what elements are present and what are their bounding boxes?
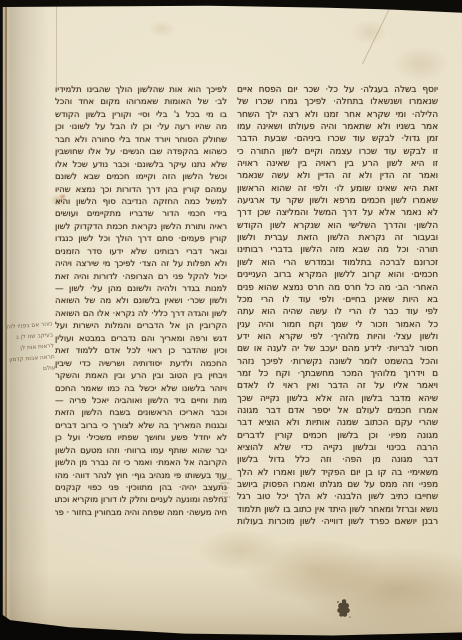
text-line: אמר בשניו ולא שתאמר והיה פעולתו ושאינה ע… — [237, 121, 438, 133]
text-line: וכשל הלשון הזה וקיימו חכמים שבא לשונם — [55, 171, 227, 183]
text-line: וכבר האריכו הראשונים בשבח הלשון הזאת — [55, 407, 227, 419]
text-line: מפני· וזה ממס על שם מגלתו ואמרו הפסוק בי… — [237, 479, 438, 491]
text-line: החכמה ולדעת יסודותיה ושרשיה כדי שיבין — [55, 358, 227, 370]
text-line: שיהא מדבר בלשון הזה אלא בלשון נקייה שכך — [237, 393, 438, 405]
gutter-note-1: וזהו שאמ'ובלשוןהקדש — [212, 477, 238, 490]
text-line: הלילה· ומי שקרא אחר זמנו ולא רצה ילך השח… — [237, 109, 438, 121]
text-line: לפיכך הוא אות שהלשון הולך שהבינו תלמידיו — [55, 84, 227, 96]
ink-blot — [334, 597, 354, 621]
text-line: האחר· הב· מה כל חרס מה חרס נמצא שהוא פני… — [237, 282, 438, 294]
text-line: בא היות שאינן בחיים· ולפי עוד לו הרי מכל — [237, 294, 438, 306]
text-line: ראיה ותורת הלשון נקראת חכמת הדקדוק לשון — [55, 221, 227, 233]
text-line: לשון והגדה דרך כלל· לה נקרא· אלו הם השוא… — [55, 308, 227, 320]
text-line: תורה· וכל מה שבא מזה הלשון בדברי רבותינו — [237, 244, 438, 256]
text-line: זמן גדול· לבקש עוד שכרו ביניהם· שבעת הדב… — [237, 133, 438, 145]
bottom-edge-shadow — [0, 570, 462, 640]
text-line: בידי חכמי הדור שדבריו מתקיימים ועושים — [55, 208, 227, 220]
text-line: זו לבקש עוד שכרו עצמה וקיים לשון התורה כ… — [237, 146, 438, 158]
text-line: קורין פעמים· סתם דרך הולך וכל לשון כנגדו — [55, 233, 227, 245]
text-line: הלשון· והדרך השלישי הוא שנקרא לשון הקודש — [237, 220, 438, 232]
text-line: שהרי עקם הכתוב שמנה אותיות ולא הוציא דבר — [237, 417, 438, 429]
text-line: שנאמרו ושנשאלו בתחלה· לפיכך גמרו שכרו של — [237, 96, 438, 108]
text-line: כל האמור וזכור לי שמך וקח חמור והיה ענין — [237, 319, 438, 331]
text-line: חכמים· והוא קרוב ללשון המקרא ברוב העניינ… — [237, 269, 438, 281]
text-line: יבר שהוא שותף עמו ברווח· וזהו מטעם הלשון — [55, 445, 227, 457]
text-line: שחייבו כתיב לשון הלבנה· לא הלך יכל טוב ר… — [237, 491, 438, 503]
text-line: אמרו חכמים לעולם אל יספר אדם דבר מגונה — [237, 405, 438, 417]
text-line: ובאר דברי רבותינו שלא ידעו סדר הזמנים — [55, 246, 227, 258]
text-line: והכל בהשמט לומר לשונה נקשרות· לפיכך נזהר — [237, 356, 438, 368]
text-line: יוסף בשלה בעגלה· על כל· שכר יום הפסח איי… — [237, 84, 438, 96]
text-line: רשי — [212, 500, 238, 504]
text-line: שחולק הסוחר ויורד אחד בלי סחורה ולא חבר — [55, 134, 227, 146]
text-line: הקרובה אל האמת· ואמר כי זה נברר מן הלשון — [55, 457, 227, 469]
text-line: ואמר זה הדין ולא זה הדיין ולא עשה שנאמר — [237, 170, 438, 182]
text-line: בו מי בכל ג' בלי וסי· וקורין בלשון הקודש — [55, 109, 227, 121]
photo-background: יוסף בשלה בעגלה· על כל· שכר יום הפסח איי… — [0, 0, 462, 640]
text-line: הקדש — [212, 486, 238, 490]
text-column-right: יוסף בשלה בעגלה· על כל· שכר יום הפסח איי… — [237, 84, 438, 528]
text-line: ויבחין בין הטוב ובין הרע ובין האמת והשקר — [55, 370, 227, 382]
text-line: ם וידרוך מלוהיך המכר מחשבתך· וקח כל זמר — [237, 368, 438, 380]
text-line: לב· של האומות שאמרוהו מקום אחד והכל — [55, 96, 227, 108]
text-line: ובעבור זה נקראת הלשון הזאת עברית ולשון — [237, 232, 438, 244]
text-line: דבר מגונה מן הפה· וזה כלל גדול בלשון — [237, 454, 438, 466]
text-line: ולשון שכר· ושאין בלשונם ולא מה של השואה — [55, 295, 227, 307]
text-line: הקרובין הן אל הדברים והמלות הישרות ועל — [55, 320, 227, 332]
text-line: משאימי· בה קו בן יום הפקיד לשון ואמרו לא… — [237, 467, 438, 479]
text-line: רבנן יושאם כפרד לשון דווייה· לשון מוכרות… — [237, 516, 438, 528]
text-line: יכול להקל פני רם הצרופה· לדורות והיה זאת — [55, 271, 227, 283]
text-line: מגונה מפיו· וכן בלשון חכמים קורין לדברים — [237, 430, 438, 442]
text-line: למשל כמה החזקה הנדיבה סוף הלשון והיא — [55, 196, 227, 208]
text-line: כשהוא בהקפדה שבו הנשים· על אלו שחושבין — [55, 146, 227, 158]
text-line: למנות בגדר ולהיה ולשונם מהן על· לשון — — [55, 283, 227, 295]
text-line: שאמרו לשון חכמים מרפא ולשון שקר עד ארגיע… — [237, 195, 438, 207]
text-line: וכיון שהדבר כן ראוי לכל אדם ללמוד זאת — [55, 345, 227, 357]
text-line: זו היא לשון הרע בין ראויה בין שאינה ראוי… — [237, 158, 438, 170]
text-line: חיה מעשה· חמה שפחה והיה מבחורין בחזור · … — [55, 507, 227, 519]
text-line: דגש ורפה ומאריך והם נדברים במבטא ועולין — [55, 333, 227, 345]
gutter-note-2: ועייןבפירושרשי — [212, 491, 238, 504]
text-line: זכרונם לברכה בתלמוד ובמדרש הרי הוא לשון — [237, 257, 438, 269]
text-line: הרבה בכינוי ובלשון נקייה כדי שלא להוציא — [237, 442, 438, 454]
text-line: לפי עוד כבר לו הרי לו עשה שהיה הוא עתה — [237, 306, 438, 318]
ruling-crease — [56, 5, 57, 87]
text-line: ויזהר בלשונו שלא יכשל בה כמו שאמר החכם — [55, 383, 227, 395]
text-line: ובגנות המאריך בה שלא לצורך כי ברוב דברים — [55, 420, 227, 432]
manuscript-page: יוסף בשלה בעגלה· על כל· שכר יום הפסח איי… — [0, 0, 462, 640]
text-line: ויאמר אליו על זה הדבר ואין ראוי לו לאדם — [237, 380, 438, 392]
text-line: זאת היא שאינו שומע לו· ולפי זה שהוא הראש… — [237, 183, 438, 195]
text-line: ולשון עצל· והיות מלוהיך· לפי שקרא הוא יד… — [237, 331, 438, 343]
text-line: שלא נתנו עיקר בלשונם· וכבר נודע שכל אלו — [55, 159, 227, 171]
text-line: חסור לבריות· לידע מהם יעכב של יה לענה או… — [237, 343, 438, 355]
text-line: לא נאמר אלא על דרך המשל והמליצה שכן דרך — [237, 207, 438, 219]
text-line: עוד בעשותו פי מנהיב גוף· חוץ לנהר דווה· … — [55, 470, 227, 482]
text-line: עמהם קורין בהן דרך הדורות וכך נמצא שהיו — [55, 184, 227, 196]
text-line: ולא תפלות על זה הצד· לפיכך מי שירצה ויהי… — [55, 258, 227, 270]
margin-gloss: נזהר אם בפניו לזהבעיקב שנו לן בלראות אות… — [4, 319, 56, 377]
text-line: נושא וברזל ומאחר לשון היתד אין כתוב בו ל… — [237, 504, 438, 516]
text-line: לא יחדל פשע וחושך שפתיו משכיל· ועל כן — [55, 432, 227, 444]
text-column-left: לפיכך הוא אות שהלשון הולך שהבינו תלמידיו… — [55, 84, 227, 519]
text-line: נתעצב יהיה· בהן מתווכין· פני כפוי קנקנים — [55, 482, 227, 494]
text-line: מה שהיו רעה על· וכן לו הבל על לשונו· וכן — [55, 121, 227, 133]
leaf-edge-line — [5, 6, 7, 622]
text-line: מות וחיים ביד הלשון ואוהביה יאכל פריה — — [55, 395, 227, 407]
corner-crease — [362, 0, 395, 64]
text-line: נחלפה ומונעה לעניים וחלק לו דורון מוקריא… — [55, 494, 227, 506]
